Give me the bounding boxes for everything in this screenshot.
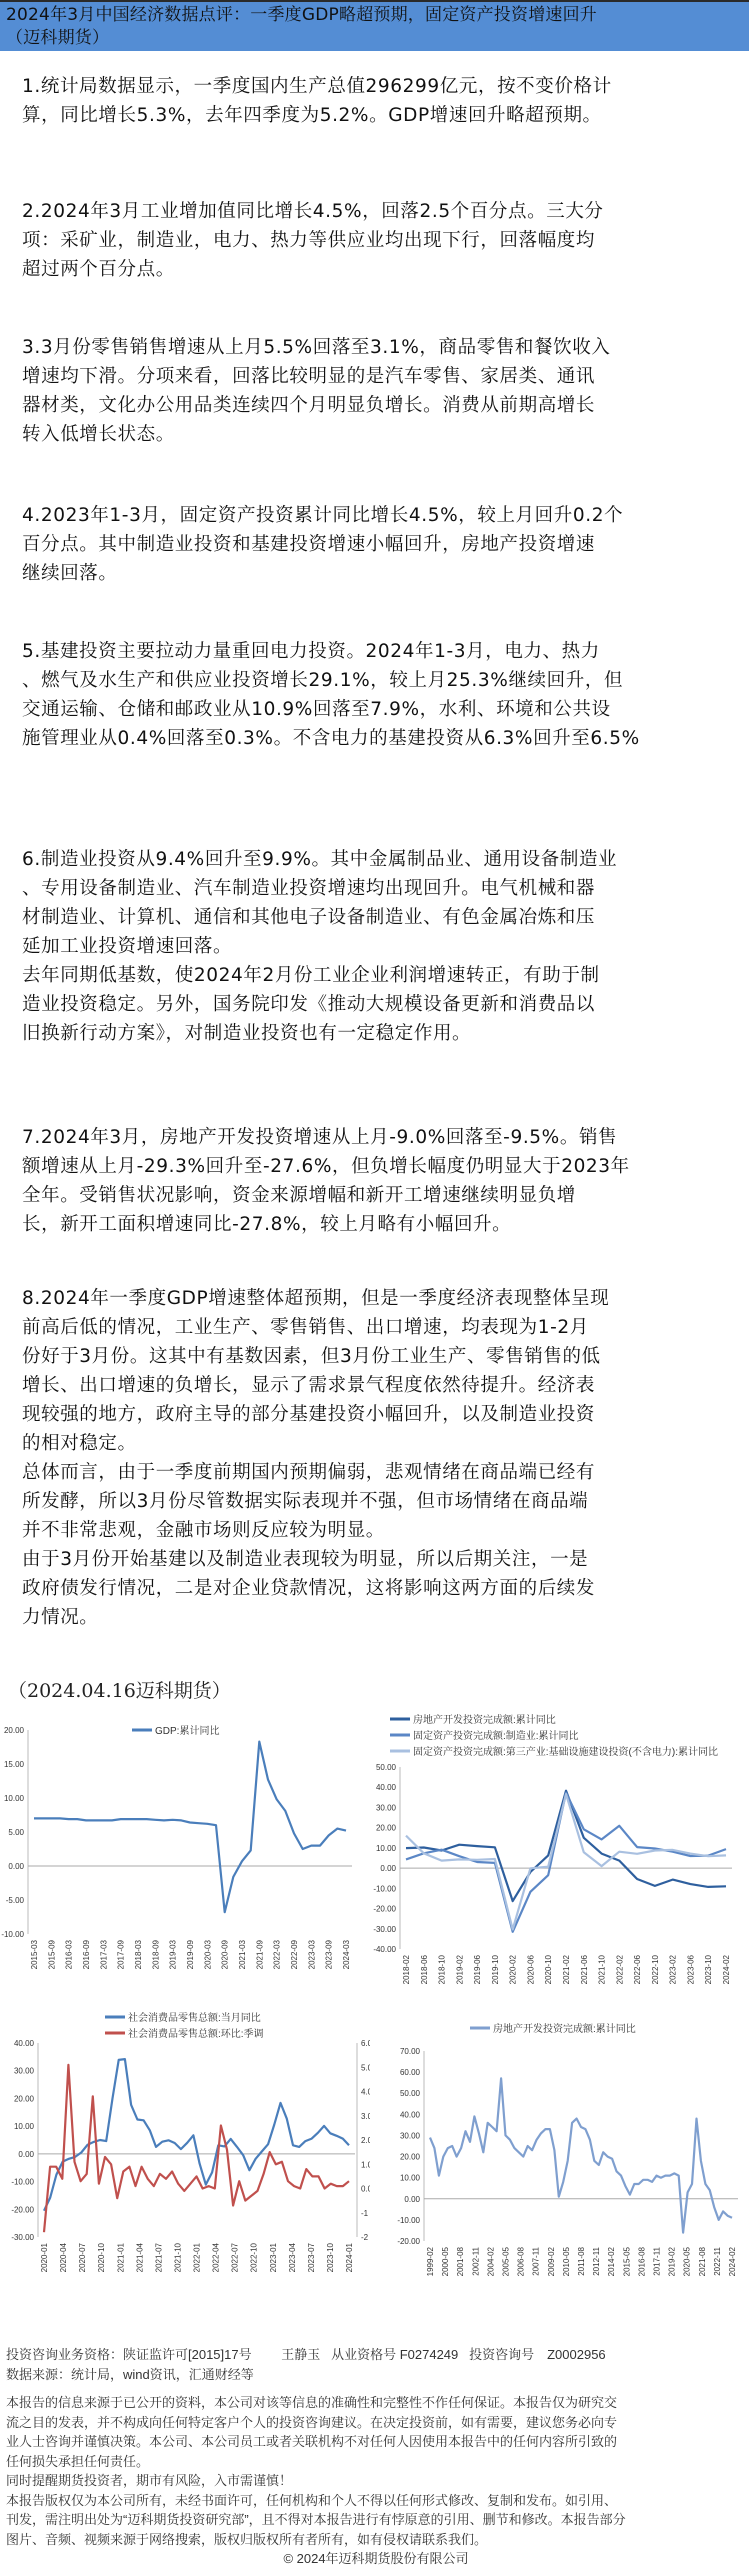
svg-text:-30.00: -30.00 — [11, 2233, 34, 2242]
svg-text:50.00: 50.00 — [376, 1763, 397, 1772]
svg-text:2022-01: 2022-01 — [193, 2242, 202, 2272]
svg-text:2016-08: 2016-08 — [637, 2246, 646, 2276]
svg-text:2019-03: 2019-03 — [169, 1939, 178, 1969]
svg-text:2023-09: 2023-09 — [325, 1939, 334, 1969]
text-line: 5.基建投资主要拉动力量重回电力投资。2024年1-3月，电力、热力 — [22, 637, 732, 666]
svg-text:30.00: 30.00 — [400, 2131, 421, 2140]
svg-text:2009-02: 2009-02 — [547, 2246, 556, 2276]
svg-text:2010-05: 2010-05 — [562, 2246, 571, 2276]
svg-text:30.00: 30.00 — [376, 1803, 397, 1812]
text-line: 增速均下滑。分项来看，回落比较明显的是汽车零售、家居类、通讯 — [22, 362, 732, 391]
svg-text:2021-01: 2021-01 — [116, 2242, 125, 2272]
chart-retail-svg: -30.00-20.00-10.000.0010.0020.0030.0040.… — [0, 2005, 370, 2285]
text-line: 转入低增长状态。 — [22, 420, 732, 449]
text-line: 全年。受销售状况影响，资金来源增幅和新开工增速继续明显负增 — [22, 1181, 732, 1210]
svg-text:70.00: 70.00 — [400, 2047, 421, 2056]
text-line: 延加工业投资增速回落。 — [22, 932, 732, 961]
svg-text:2021-04: 2021-04 — [135, 2242, 144, 2272]
paragraph-8: 8.2024年一季度GDP增速整体超预期，但是一季度经济表现整体呈现 前高后低的… — [22, 1284, 732, 1632]
svg-text:2018-06: 2018-06 — [420, 1954, 429, 1984]
text-line: 前高后低的情况，工业生产、零售销售、出口增速，均表现为1-2月 — [22, 1313, 732, 1342]
text-line: 百分点。其中制造业投资和基建投资增速小幅回升，房地产投资增速 — [22, 530, 732, 559]
svg-text:60.00: 60.00 — [400, 2068, 421, 2077]
svg-text:2018-09: 2018-09 — [151, 1939, 160, 1969]
svg-text:40.00: 40.00 — [14, 2039, 35, 2048]
text-line: 增长、出口增速的负增长，显示了需求景气程度依然待提升。经济表 — [22, 1371, 732, 1400]
svg-text:2022-10: 2022-10 — [250, 2242, 259, 2272]
svg-text:2020-10: 2020-10 — [544, 1954, 553, 1984]
chart-real-estate-investment: -20.00-10.000.0010.0020.0030.0040.0050.0… — [370, 2005, 749, 2295]
paragraph-6: 6.制造业投资从9.4%回升至9.9%。其中金属制品业、通用设备制造业 、专用设… — [22, 845, 732, 1048]
svg-text:2002-11: 2002-11 — [471, 2246, 480, 2275]
svg-text:2022-11: 2022-11 — [713, 2246, 722, 2275]
svg-text:-10.00: -10.00 — [11, 2178, 34, 2187]
svg-text:20.00: 20.00 — [376, 1824, 397, 1833]
svg-text:房地产开发投资完成额:累计同比: 房地产开发投资完成额:累计同比 — [413, 1713, 556, 1726]
svg-text:5.00: 5.00 — [8, 1828, 24, 1837]
paragraph-4: 4.2023年1-3月，固定资产投资累计同比增长4.5%，较上月回升0.2个 百… — [22, 501, 732, 588]
text-line: 旧换新行动方案》，对制造业投资也有一定稳定作用。 — [22, 1019, 732, 1048]
svg-text:-40.00: -40.00 — [373, 1945, 396, 1954]
svg-text:2019-06: 2019-06 — [473, 1954, 482, 1984]
svg-text:2014-02: 2014-02 — [607, 2246, 616, 2276]
svg-text:社会消费品零售总额:环比:季调: 社会消费品零售总额:环比:季调 — [128, 2027, 264, 2040]
svg-text:5.0: 5.0 — [361, 2063, 370, 2072]
chart-fai-svg: -40.00-30.00-20.00-10.000.0010.0020.0030… — [370, 1705, 749, 1995]
svg-text:2020-05: 2020-05 — [683, 2246, 692, 2276]
svg-text:0.00: 0.00 — [380, 1864, 396, 1873]
text-line: 3.3月份零售销售增速从上月5.5%回落至3.1%，商品零售和餐饮收入 — [22, 333, 732, 362]
svg-text:2024-03: 2024-03 — [342, 1939, 351, 1969]
chart-fixed-asset-investment: -40.00-30.00-20.00-10.000.0010.0020.0030… — [370, 1705, 749, 1995]
data-source: 数据来源：统计局，wind资讯，汇通财经等 — [6, 2365, 746, 2385]
svg-text:2016-09: 2016-09 — [82, 1939, 91, 1969]
text-line: 7.2024年3月，房地产开发投资增速从上月-9.0%回落至-9.5%。销售 — [22, 1123, 732, 1152]
svg-text:-20.00: -20.00 — [397, 2237, 420, 2246]
report-source: （迈科期货） — [6, 27, 743, 50]
svg-text:40.00: 40.00 — [400, 2110, 421, 2119]
text-line: 材制造业、计算机、通信和其他电子设备制造业、有色金属冶炼和压 — [22, 903, 732, 932]
svg-text:2022-04: 2022-04 — [212, 2242, 221, 2272]
svg-text:GDP:累计同比: GDP:累计同比 — [155, 1724, 219, 1737]
text-line: 并不非常悲观，金融市场则反应较为明显。 — [22, 1516, 732, 1545]
svg-text:40.00: 40.00 — [376, 1783, 397, 1792]
text-line: 去年同期低基数，使2024年2月份工业企业利润增速转正，有助于制 — [22, 961, 732, 990]
paragraph-7: 7.2024年3月，房地产开发投资增速从上月-9.0%回落至-9.5%。销售 额… — [22, 1123, 732, 1239]
paragraph-1: 1.统计局数据显示，一季度国内生产总值296299亿元，按不变价格计 算，同比增… — [22, 72, 732, 130]
text-line: 额增速从上月-29.3%回升至-27.6%，但负增长幅度仍明显大于2023年 — [22, 1152, 732, 1181]
text-line: 的相对稳定。 — [22, 1429, 732, 1458]
text-line: 、专用设备制造业、汽车制造业投资增速均出现回升。电气机械和器 — [22, 874, 732, 903]
svg-text:-10.00: -10.00 — [397, 2216, 420, 2225]
svg-text:0.00: 0.00 — [8, 1862, 24, 1871]
svg-text:20.00: 20.00 — [4, 1726, 25, 1735]
svg-text:2021-08: 2021-08 — [698, 2246, 707, 2276]
text-line: 所发酵，所以3月份尽管数据实际表现并不强，但市场情绪在商品端 — [22, 1487, 732, 1516]
text-line: 、燃气及水生产和供应业投资增长29.1%，较上月25.3%继续回升，但 — [22, 666, 732, 695]
svg-text:2021-02: 2021-02 — [562, 1954, 571, 1984]
svg-text:2024-01: 2024-01 — [345, 2242, 354, 2272]
svg-text:20.00: 20.00 — [14, 2094, 35, 2103]
svg-text:2012-11: 2012-11 — [592, 2246, 601, 2275]
svg-text:2024-02: 2024-02 — [722, 1954, 731, 1984]
chart-real-estate-svg: -20.00-10.000.0010.0020.0030.0040.0050.0… — [370, 2005, 749, 2295]
disclaimer-line: 本报告的信息来源于已公开的资料，本公司对该等信息的准确性和完整性不作任何保证。本… — [6, 2393, 746, 2413]
text-line: 1.统计局数据显示，一季度国内生产总值296299亿元，按不变价格计 — [22, 72, 732, 101]
svg-text:2021-06: 2021-06 — [580, 1954, 589, 1984]
svg-text:1.0: 1.0 — [361, 2160, 370, 2169]
svg-text:2017-11: 2017-11 — [653, 2246, 662, 2275]
svg-text:2023-10: 2023-10 — [326, 2242, 335, 2272]
text-line: 由于3月份开始基建以及制造业表现较为明显，所以后期关注，一是 — [22, 1545, 732, 1574]
svg-text:3.0: 3.0 — [361, 2112, 370, 2121]
svg-text:10.00: 10.00 — [376, 1844, 397, 1853]
svg-text:4.0: 4.0 — [361, 2088, 370, 2097]
svg-text:2007-11: 2007-11 — [532, 2246, 541, 2275]
report-title: 2024年3月中国经济数据点评：一季度GDP略超预期，固定资产投资增速回升 — [6, 4, 743, 27]
svg-text:-10.00: -10.00 — [373, 1884, 396, 1893]
svg-text:2019-02: 2019-02 — [455, 1954, 464, 1984]
svg-text:2022-09: 2022-09 — [290, 1939, 299, 1969]
text-line: 施管理业从0.4%回落至0.3%。不含电力的基建投资从6.3%回升至6.5% — [22, 724, 732, 753]
svg-text:2022-06: 2022-06 — [633, 1954, 642, 1984]
svg-text:0.0: 0.0 — [361, 2185, 370, 2194]
svg-text:15.00: 15.00 — [4, 1760, 25, 1769]
disclaimer-line: 图片、音频、视频来源于网络搜索，版权归版权所有者所有，如有侵权请联系我们。 — [6, 2530, 746, 2550]
disclaimer-line: 刊发，需注明出处为“迈科期货投资研究部”，且不得对本报告进行有悖原意的引用、删节… — [6, 2510, 746, 2530]
risk-warning: 同时提醒期货投资者，期市有风险，入市需谨慎！ — [6, 2471, 746, 2491]
svg-text:2024-02: 2024-02 — [728, 2246, 737, 2276]
report-dateline: （2024.04.16迈科期货） — [8, 1676, 231, 1703]
text-line: 6.制造业投资从9.4%回升至9.9%。其中金属制品业、通用设备制造业 — [22, 845, 732, 874]
svg-text:0.00: 0.00 — [18, 2150, 34, 2159]
svg-text:2020-06: 2020-06 — [526, 1954, 535, 1984]
svg-text:固定资产投资完成额:制造业:累计同比: 固定资产投资完成额:制造业:累计同比 — [413, 1729, 579, 1742]
disclaimer-line: 任何损失承担任何责任。 — [6, 2452, 746, 2472]
text-line: 力情况。 — [22, 1603, 732, 1632]
svg-text:2020-02: 2020-02 — [509, 1954, 518, 1984]
svg-text:2020-01: 2020-01 — [40, 2242, 49, 2272]
svg-text:6.0: 6.0 — [361, 2039, 370, 2048]
report-title-bar: 2024年3月中国经济数据点评：一季度GDP略超预期，固定资产投资增速回升 （迈… — [0, 0, 749, 51]
text-line: 4.2023年1-3月，固定资产投资累计同比增长4.5%，较上月回升0.2个 — [22, 501, 732, 530]
svg-text:2021-09: 2021-09 — [255, 1939, 264, 1969]
paragraph-2: 2.2024年3月工业增加值同比增长4.5%，回落2.5个百分点。三大分 项：采… — [22, 197, 732, 284]
text-line: 项：采矿业，制造业，电力、热力等供应业均出现下行，回落幅度均 — [22, 226, 732, 255]
svg-text:2021-03: 2021-03 — [238, 1939, 247, 1969]
svg-text:2023-10: 2023-10 — [704, 1954, 713, 1984]
svg-text:30.00: 30.00 — [14, 2067, 35, 2076]
svg-text:2018-10: 2018-10 — [438, 1954, 447, 1984]
svg-text:0.00: 0.00 — [404, 2195, 420, 2204]
svg-text:2022-10: 2022-10 — [651, 1954, 660, 1984]
svg-text:2022-07: 2022-07 — [231, 2242, 240, 2272]
svg-text:-2: -2 — [361, 2233, 369, 2242]
analyst-name: 王静玉 — [281, 2347, 320, 2362]
text-line: 政府债发行情况，二是对企业贷款情况，这将影响这两方面的后续发 — [22, 1574, 732, 1603]
svg-text:2022-03: 2022-03 — [273, 1939, 282, 1969]
text-line: 超过两个百分点。 — [22, 255, 732, 284]
svg-text:2011-08: 2011-08 — [577, 2246, 586, 2275]
svg-text:2020-09: 2020-09 — [221, 1939, 230, 1969]
svg-text:2016-03: 2016-03 — [65, 1939, 74, 1969]
svg-text:2023-01: 2023-01 — [269, 2242, 278, 2272]
svg-text:2023-03: 2023-03 — [307, 1939, 316, 1969]
svg-text:房地产开发投资完成额:累计同比: 房地产开发投资完成额:累计同比 — [493, 2022, 636, 2035]
svg-text:-5.00: -5.00 — [6, 1896, 25, 1905]
paragraph-3: 3.3月份零售销售增速从上月5.5%回落至3.1%，商品零售和餐饮收入 增速均下… — [22, 333, 732, 449]
svg-text:2021-07: 2021-07 — [154, 2242, 163, 2272]
svg-text:2006-08: 2006-08 — [517, 2246, 526, 2276]
chart-retail-sales: -30.00-20.00-10.000.0010.0020.0030.0040.… — [0, 2005, 370, 2285]
svg-text:20.00: 20.00 — [400, 2153, 421, 2162]
svg-text:2020-07: 2020-07 — [78, 2242, 87, 2272]
text-line: 继续回落。 — [22, 559, 732, 588]
svg-text:2004-02: 2004-02 — [486, 2246, 495, 2276]
copyright: © 2024年迈科期货股份有限公司 — [6, 2549, 746, 2569]
svg-text:2000-05: 2000-05 — [441, 2246, 450, 2276]
svg-text:10.00: 10.00 — [400, 2174, 421, 2183]
svg-text:2023-02: 2023-02 — [669, 1954, 678, 1984]
svg-text:2005-05: 2005-05 — [502, 2246, 511, 2276]
svg-text:2018-02: 2018-02 — [402, 1954, 411, 1984]
svg-text:-20.00: -20.00 — [373, 1905, 396, 1914]
svg-text:2020-04: 2020-04 — [59, 2242, 68, 2272]
svg-text:2020-10: 2020-10 — [97, 2242, 106, 2272]
text-line: 造业投资稳定。另外，国务院印发《推动大规模设备更新和消费品以 — [22, 990, 732, 1019]
svg-text:50.00: 50.00 — [400, 2089, 421, 2098]
svg-text:-10.00: -10.00 — [1, 1930, 24, 1939]
svg-text:1999-02: 1999-02 — [426, 2246, 435, 2276]
svg-text:社会消费品零售总额:当月同比: 社会消费品零售总额:当月同比 — [128, 2011, 261, 2024]
svg-text:2019-02: 2019-02 — [668, 2246, 677, 2276]
text-line: 器材类，文化办公用品类连续四个月明显负增长。消费从前期高增长 — [22, 391, 732, 420]
text-line: 现较强的地方，政府主导的部分基建投资小幅回升，以及制造业投资 — [22, 1400, 732, 1429]
text-line: 份好于3月份。这其中有基数因素，但3月份工业生产、零售销售的低 — [22, 1342, 732, 1371]
svg-text:2015-09: 2015-09 — [47, 1939, 56, 1969]
chart-gdp: -10.00-5.000.005.0010.0015.0020.002015-0… — [0, 1710, 370, 2000]
footer-disclaimer: 本报告的信息来源于已公开的资料，本公司对该等信息的准确性和完整性不作任何保证。本… — [6, 2393, 746, 2569]
disclaimer-line: 业人士咨询并谨慎决策。本公司、本公司员工或者关联机构不对任何人因使用本报告中的任… — [6, 2432, 746, 2452]
qualification-no: 从业资格号 F0274249 — [331, 2347, 458, 2362]
disclaimer-line: 流之目的发表，并不构成向任何特定客户个人的投资咨询建议。在决定投资前，如有需要，… — [6, 2413, 746, 2433]
chart-gdp-svg: -10.00-5.000.005.0010.0015.0020.002015-0… — [0, 1710, 370, 2000]
svg-text:2001-08: 2001-08 — [456, 2246, 465, 2276]
svg-text:2023-06: 2023-06 — [686, 1954, 695, 1984]
svg-text:2019-10: 2019-10 — [491, 1954, 500, 1984]
text-line: 总体而言，由于一季度前期国内预期偏弱，悲观情绪在商品端已经有 — [22, 1458, 732, 1487]
svg-text:10.00: 10.00 — [4, 1794, 25, 1803]
text-line: 8.2024年一季度GDP增速整体超预期，但是一季度经济表现整体呈现 — [22, 1284, 732, 1313]
svg-text:2.0: 2.0 — [361, 2136, 370, 2145]
svg-text:-30.00: -30.00 — [373, 1925, 396, 1934]
svg-text:2017-09: 2017-09 — [117, 1939, 126, 1969]
text-line: 2.2024年3月工业增加值同比增长4.5%，回落2.5个百分点。三大分 — [22, 197, 732, 226]
svg-text:2015-05: 2015-05 — [622, 2246, 631, 2276]
license-text: 投资咨询业务资格：陕证监许可[2015]17号 — [6, 2347, 252, 2362]
footer-credentials: 投资咨询业务资格：陕证监许可[2015]17号 王静玉 从业资格号 F02742… — [6, 2345, 746, 2384]
disclaimer-line: 本报告版权仅为本公司所有，未经书面许可，任何机构和个人不得以任何形式修改、复制和… — [6, 2491, 746, 2511]
svg-text:2023-04: 2023-04 — [288, 2242, 297, 2272]
text-line: 长，新开工面积增速同比-27.8%，较上月略有小幅回升。 — [22, 1210, 732, 1239]
svg-text:2017-03: 2017-03 — [99, 1939, 108, 1969]
svg-text:2023-07: 2023-07 — [307, 2242, 316, 2272]
text-line: 算，同比增长5.3%，去年四季度为5.2%。GDP增速回升略超预期。 — [22, 101, 732, 130]
text-line: 交通运输、仓储和邮政业从10.9%回落至7.9%，水利、环境和公共设 — [22, 695, 732, 724]
svg-text:-1: -1 — [361, 2209, 369, 2218]
svg-text:2018-03: 2018-03 — [134, 1939, 143, 1969]
svg-text:固定资产投资完成额:第三产业:基础设施建设投资(不含电力):: 固定资产投资完成额:第三产业:基础设施建设投资(不含电力):累计同比 — [413, 1745, 718, 1758]
svg-text:-20.00: -20.00 — [11, 2205, 34, 2214]
svg-text:2021-10: 2021-10 — [598, 1954, 607, 1984]
svg-text:2022-02: 2022-02 — [615, 1954, 624, 1984]
svg-text:2020-03: 2020-03 — [203, 1939, 212, 1969]
paragraph-5: 5.基建投资主要拉动力量重回电力投资。2024年1-3月，电力、热力 、燃气及水… — [22, 637, 732, 753]
svg-text:10.00: 10.00 — [14, 2122, 35, 2131]
consult-no: 投资咨询号 Z0002956 — [469, 2347, 606, 2362]
svg-text:2021-10: 2021-10 — [173, 2242, 182, 2272]
svg-text:2015-03: 2015-03 — [30, 1939, 39, 1969]
svg-text:2019-09: 2019-09 — [186, 1939, 195, 1969]
